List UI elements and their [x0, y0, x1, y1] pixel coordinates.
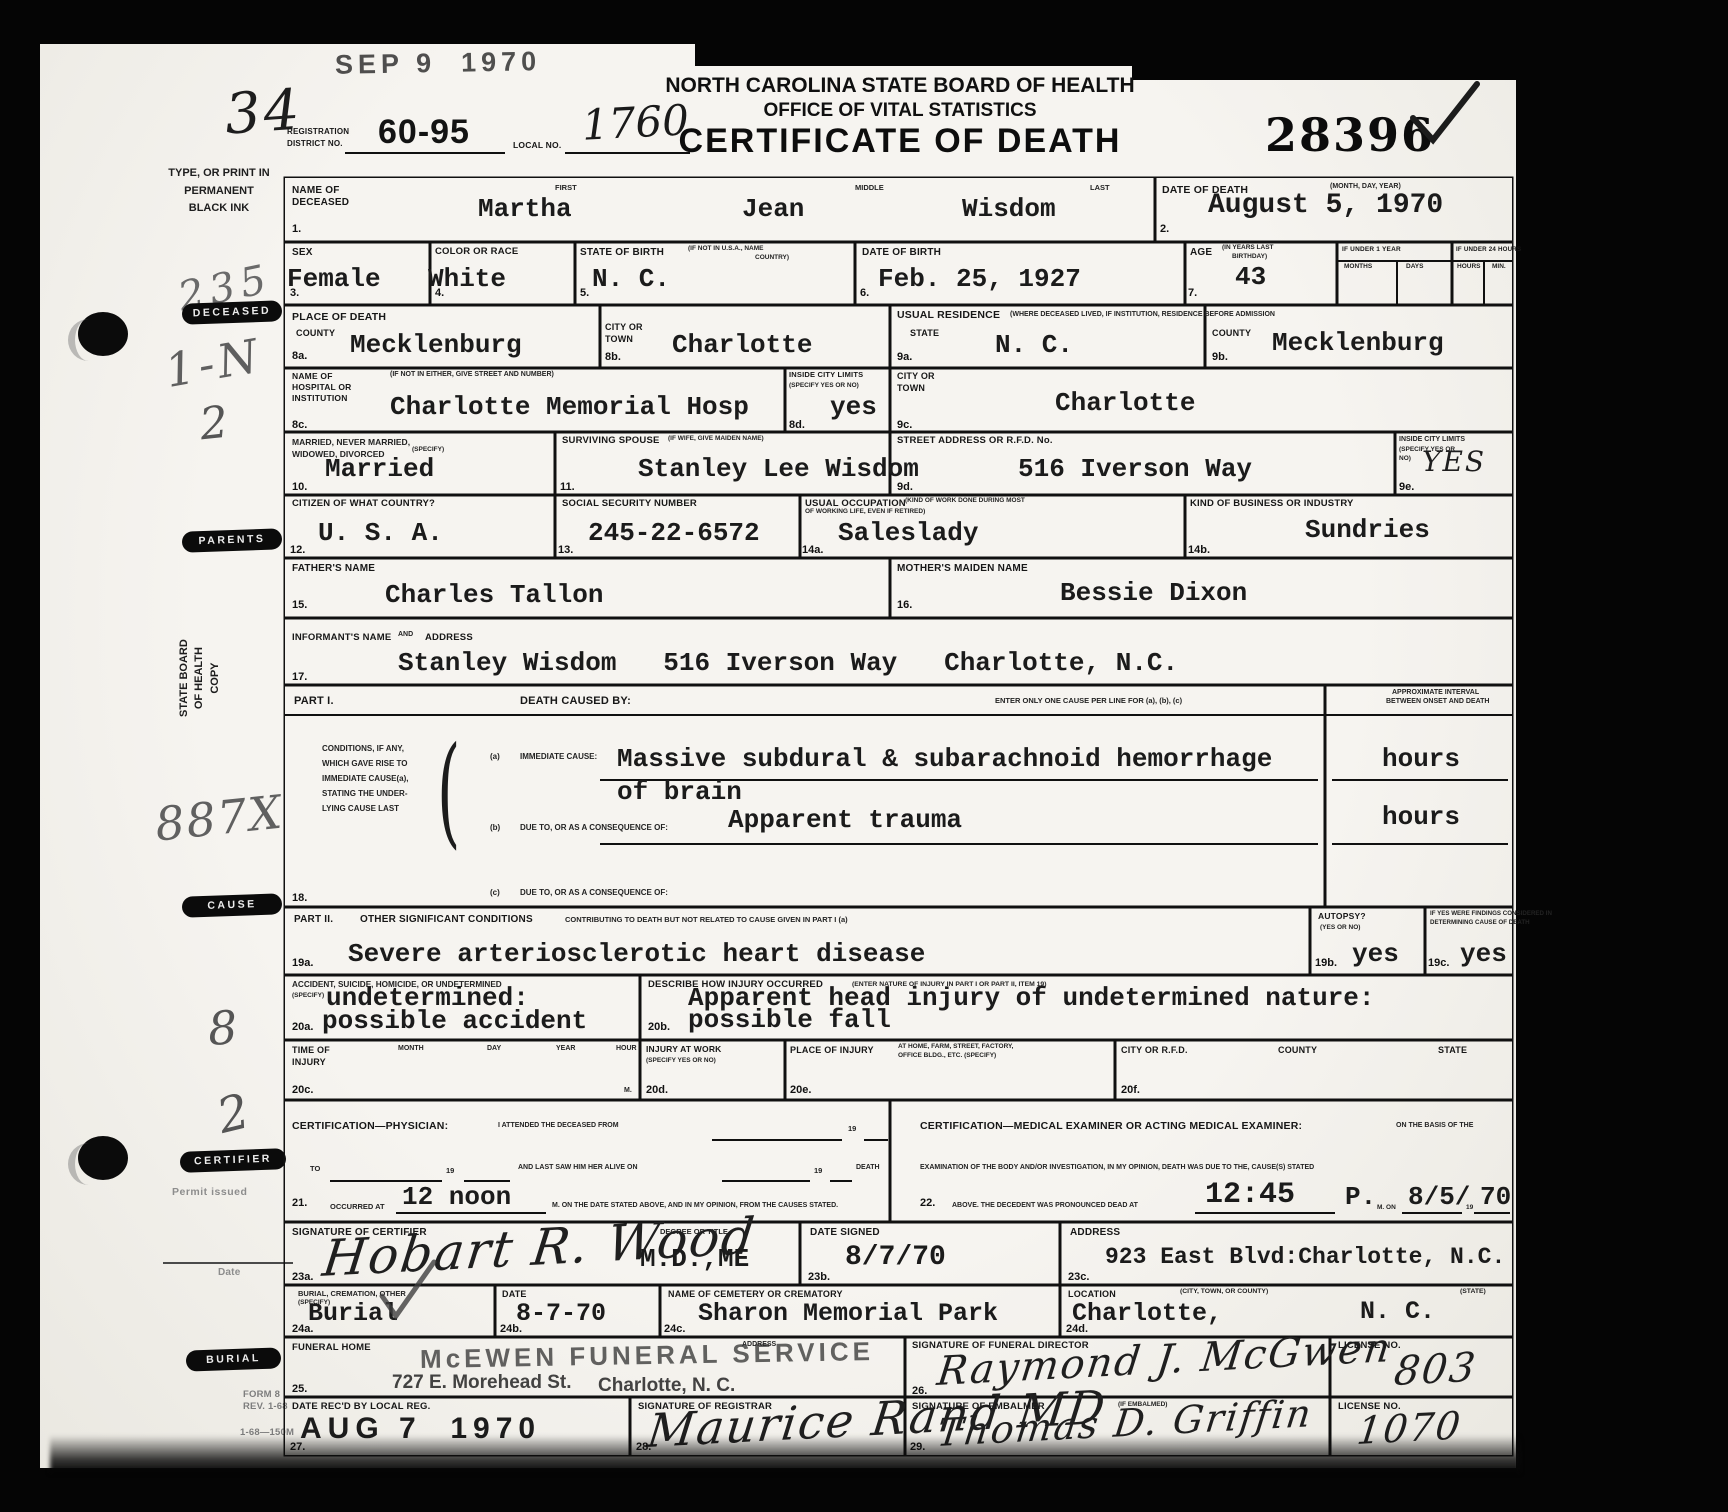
form-number: FORM 8	[243, 1390, 280, 1401]
cert-physician-text1: I ATTENDED THE DECEASED FROM	[498, 1122, 619, 1131]
hospital-label3: INSTITUTION	[292, 394, 348, 404]
pronounced-date-value: 8/5/	[1408, 1184, 1470, 1210]
burial-location-label: LOCATION	[1068, 1289, 1116, 1299]
section-tab-certifier: CERTIFIER	[180, 1148, 287, 1173]
pronounced-time-value: 12:45	[1205, 1180, 1295, 1210]
burial-city-value: Charlotte,	[1072, 1301, 1222, 1326]
injury-desc-value2: possible fall	[688, 1007, 891, 1033]
hole-punch-top	[78, 312, 128, 356]
usual-residence-label: USUAL RESIDENCE	[897, 309, 1000, 321]
funeral-home-stamp-street: 727 E. Morehead St.	[392, 1372, 572, 1394]
interval-line-b	[1332, 843, 1508, 845]
item-20b: 20b.	[648, 1022, 670, 1033]
accident-sublabel: (SPECIFY)	[292, 992, 324, 1000]
informant-label: INFORMANT'S NAME	[292, 633, 391, 644]
hole-punch-bottom	[78, 1136, 128, 1180]
residence-state-label: STATE	[910, 328, 939, 338]
occurred-at-label: OCCURRED AT	[330, 1202, 385, 1211]
form-revision: REV. 1-68	[243, 1402, 288, 1413]
item-9c: 9c.	[897, 420, 912, 431]
burial-state-sublabel: (STATE)	[1460, 1288, 1486, 1296]
item-16: 16.	[897, 600, 912, 611]
cert-me-text1: ON THE BASIS OF THE	[1396, 1122, 1473, 1131]
race-label: COLOR OR RACE	[435, 247, 518, 258]
interval-label1: APPROXIMATE INTERVAL	[1392, 689, 1479, 698]
findings-value: yes	[1460, 941, 1507, 967]
blank-line	[345, 152, 505, 154]
item-1: 1.	[292, 224, 301, 235]
sex-value: Female	[287, 266, 381, 292]
due-to-b-value: Apparent trauma	[728, 807, 962, 833]
item-8b: 8b.	[605, 352, 621, 363]
due-to-b-label: DUE TO, OR AS A CONSEQUENCE OF:	[520, 823, 668, 833]
cert-physician-label: CERTIFICATION—PHYSICIAN:	[292, 1120, 448, 1132]
item-9d: 9d.	[897, 482, 913, 493]
date-of-death-value: August 5, 1970	[1208, 192, 1443, 220]
autopsy-label: AUTOPSY?	[1318, 912, 1366, 922]
blank-line	[830, 1180, 852, 1182]
form-cell	[285, 1040, 640, 1100]
item-9b: 9b.	[1212, 352, 1228, 363]
page-title: CERTIFICATE OF DEATH	[600, 122, 1200, 161]
residence-city-value: Charlotte	[1055, 390, 1195, 416]
item-23b: 23b.	[808, 1272, 830, 1283]
min-label: MIN.	[1492, 263, 1506, 271]
industry-value: Sundries	[1305, 517, 1430, 543]
section-tab-parents: PARENTS	[182, 528, 283, 552]
occupation-sub1: (KIND OF WORK DONE DURING MOST	[905, 497, 1025, 505]
date-blank-line	[163, 1262, 293, 1264]
race-value: White	[428, 266, 506, 292]
name-of-deceased-label1: NAME OF	[292, 185, 340, 197]
immediate-cause-value1: Massive subdural & subarachnoid hemorrha…	[617, 746, 1272, 772]
month-label: MONTH	[398, 1045, 424, 1054]
registration-label-line1: REGISTRATION	[287, 127, 349, 136]
first-name-value: Martha	[478, 196, 572, 222]
scanned-death-certificate: SEP 9 1970 34 REGISTRATION DISTRICT NO. …	[0, 0, 1728, 1512]
day-label: DAY	[487, 1045, 501, 1054]
section-tab-deceased: DECEASED	[182, 300, 283, 324]
header-rule	[285, 714, 1512, 716]
sex-label: SEX	[292, 247, 313, 259]
hospital-label2: HOSPITAL OR	[292, 383, 352, 393]
certifier-address-label: ADDRESS	[1070, 1227, 1120, 1239]
date-signed-label: DATE SIGNED	[810, 1227, 880, 1239]
burial-date-label: DATE	[502, 1289, 527, 1299]
print-instruction: TYPE, OR PRINT IN PERMANENT BLACK INK	[155, 165, 283, 218]
section-tab-cause: CAUSE	[182, 893, 283, 917]
item-13: 13.	[558, 545, 573, 556]
degree-title-value: M.D.,ME	[640, 1246, 749, 1272]
cert-19-b: 19	[446, 1166, 454, 1175]
residence-state-value: N. C.	[995, 332, 1073, 358]
item-11: 11.	[560, 482, 575, 493]
margin-mark-887x: 887X	[153, 788, 286, 847]
part1-note: ENTER ONLY ONE CAUSE PER LINE FOR (a), (…	[995, 696, 1182, 705]
scan-shadow	[50, 1435, 1520, 1473]
citizen-label: CITIZEN OF WHAT COUNTRY?	[292, 499, 435, 510]
blank-line	[1195, 1212, 1335, 1214]
cause-c-prefix: (c)	[490, 888, 500, 898]
burial-location-sublabel: (CITY, TOWN, OR COUNTY)	[1180, 1288, 1268, 1296]
residence-inside-city-sub2: NO)	[1399, 455, 1411, 463]
ssn-value: 245-22-6572	[588, 520, 760, 546]
date-word-label: Date	[218, 1267, 240, 1279]
interval-b-value: hours	[1382, 804, 1460, 830]
item-9e: 9e.	[1399, 482, 1414, 493]
item-8c: 8c.	[292, 420, 307, 431]
item-5: 5.	[580, 288, 589, 299]
item-10: 10.	[292, 482, 307, 493]
pronounced-year-value: 70	[1480, 1184, 1511, 1210]
autopsy-value: yes	[1352, 941, 1399, 967]
date-of-birth-label: DATE OF BIRTH	[862, 247, 941, 259]
age-sub2: BIRTHDAY)	[1232, 253, 1267, 261]
item-25: 25.	[292, 1384, 307, 1395]
immediate-cause-value2: of brain	[617, 779, 742, 805]
copy-line1: STATE BOARD	[177, 613, 192, 743]
grid-line	[1337, 260, 1512, 262]
item-22: 22.	[920, 1198, 935, 1209]
residence-city-label2: TOWN	[897, 383, 925, 393]
death-inside-city-sublabel: (SPECIFY YES OR NO)	[789, 382, 859, 390]
item-17: 17.	[292, 672, 307, 683]
hours-label: HOURS	[1457, 263, 1480, 271]
cert-me-text2: EXAMINATION OF THE BODY AND/OR INVESTIGA…	[920, 1164, 1314, 1173]
months-label: MONTHS	[1344, 263, 1372, 271]
item-20a: 20a.	[292, 1022, 313, 1033]
name-of-deceased-label2: DECEASED	[292, 197, 349, 209]
marital-value: Married	[325, 456, 434, 482]
immediate-cause-label: IMMEDIATE CAUSE:	[520, 752, 597, 762]
middle-name-label: MIDDLE	[855, 183, 884, 192]
father-name-label: FATHER'S NAME	[292, 563, 375, 575]
place-of-injury-sub2: OFFICE BLDG., ETC. (SPECIFY)	[898, 1052, 996, 1060]
occupation-sub2: OF WORKING LIFE, EVEN IF RETIRED)	[805, 508, 925, 516]
residence-inside-city-value: YES	[1422, 448, 1486, 476]
cert-death-word: DEATH	[856, 1164, 880, 1173]
org-name-line1: NORTH CAROLINA STATE BOARD OF HEALTH	[610, 74, 1190, 98]
item-20d: 20d.	[646, 1085, 668, 1096]
occurred-at-value: 12 noon	[402, 1184, 511, 1210]
checkmark-icon	[1405, 78, 1483, 150]
residence-inside-city-label: INSIDE CITY LIMITS	[1399, 436, 1465, 445]
part2-note: CONTRIBUTING TO DEATH BUT NOT RELATED TO…	[565, 915, 848, 924]
death-inside-city-value: yes	[830, 394, 877, 420]
cause-b-prefix: (b)	[490, 823, 500, 833]
interval-line-a	[1332, 779, 1508, 781]
county-of-death-label: COUNTY	[296, 328, 335, 338]
informant-and: AND	[398, 631, 413, 640]
funeral-home-stamp-city: Charlotte, N. C.	[598, 1375, 735, 1397]
item-20c: 20c.	[292, 1085, 313, 1096]
occupation-value: Saleslady	[838, 520, 978, 546]
conditions-note3: IMMEDIATE CAUSE(a),	[322, 774, 409, 784]
print-instruction-line3: BLACK INK	[155, 200, 283, 218]
street-address-label: STREET ADDRESS OR R.F.D. No.	[897, 436, 1053, 447]
blank-line	[712, 1139, 842, 1141]
hospital-sublabel: (IF NOT IN EITHER, GIVE STREET AND NUMBE…	[390, 371, 554, 380]
due-to-c-label: DUE TO, OR AS A CONSEQUENCE OF:	[520, 888, 668, 898]
residence-county-label: COUNTY	[1212, 328, 1251, 338]
grid-line	[1483, 260, 1485, 305]
burial-date-value: 8-7-70	[516, 1301, 606, 1326]
brace-glyph: (	[437, 722, 460, 861]
hospital-value: Charlotte Memorial Hosp	[390, 394, 749, 420]
citizen-value: U. S. A.	[318, 520, 443, 546]
other-conditions-label: OTHER SIGNIFICANT CONDITIONS	[360, 914, 533, 926]
spouse-value: Stanley Lee Wisdom	[638, 456, 919, 482]
blank-line	[396, 1212, 546, 1214]
mother-name-label: MOTHER'S MAIDEN NAME	[897, 563, 1028, 575]
item-23c: 23c.	[1068, 1272, 1089, 1283]
age-label: AGE	[1190, 247, 1212, 259]
cert-19-label: 19	[1466, 1204, 1473, 1212]
section-tab-burial: BURIAL	[186, 1347, 282, 1371]
days-label: DAYS	[1406, 263, 1423, 271]
city-of-death-label2: TOWN	[605, 334, 633, 344]
under-24-hours-label: IF UNDER 24 HOURS	[1456, 246, 1521, 253]
residence-city-label1: CITY OR	[897, 371, 935, 381]
under-1-year-label: IF UNDER 1 YEAR	[1342, 246, 1401, 253]
death-inside-city-label: INSIDE CITY LIMITS	[789, 371, 863, 380]
conditions-note1: CONDITIONS, IF ANY,	[322, 744, 404, 754]
blank-line	[1474, 1212, 1510, 1214]
time-of-injury-label2: INJURY	[292, 1057, 326, 1067]
year-label: YEAR	[556, 1045, 575, 1054]
father-name-value: Charles Tallon	[385, 582, 603, 608]
m-on-label: M. ON	[1377, 1204, 1396, 1212]
director-license-value: 803	[1392, 1347, 1479, 1392]
place-of-injury-sub1: AT HOME, FARM, STREET, FACTORY,	[898, 1043, 1013, 1051]
cert-physician-text3: AND LAST SAW HIM HER ALIVE ON	[518, 1164, 638, 1173]
print-instruction-line2: PERMANENT	[155, 183, 283, 201]
burial-state-value: N. C.	[1360, 1299, 1435, 1324]
certifier-address-value: 923 East Blvd:Charlotte, N.C.	[1105, 1246, 1505, 1269]
injury-city-label: CITY OR R.F.D.	[1121, 1045, 1188, 1055]
last-name-value: Wisdom	[962, 196, 1056, 222]
item-14b: 14b.	[1188, 545, 1210, 556]
blank-line	[722, 1180, 810, 1182]
item-14a: 14a.	[802, 545, 823, 556]
cert-19-a: 19	[848, 1124, 856, 1133]
ssn-label: SOCIAL SECURITY NUMBER	[562, 499, 697, 510]
cemetery-label: NAME OF CEMETERY OR CREMATORY	[668, 1289, 843, 1299]
print-instruction-line1: TYPE, OR PRINT IN	[155, 165, 283, 183]
city-of-death-value: Charlotte	[672, 332, 812, 358]
interval-a-value: hours	[1382, 746, 1460, 772]
form-cell	[1325, 685, 1512, 907]
place-of-injury-label: PLACE OF INJURY	[790, 1045, 874, 1055]
usual-residence-sublabel: (WHERE DECEASED LIVED, IF INSTITUTION, R…	[1010, 311, 1275, 320]
marital-label1: MARRIED, NEVER MARRIED,	[292, 437, 410, 448]
injury-state-label: STATE	[1438, 1045, 1467, 1055]
time-of-injury-label1: TIME OF	[292, 1045, 330, 1055]
date-signed-value: 8/7/70	[845, 1244, 946, 1272]
cause-a-prefix: (a)	[490, 752, 500, 762]
injury-at-work-sublabel: (SPECIFY YES OR NO)	[646, 1057, 716, 1065]
place-of-death-label: PLACE OF DEATH	[292, 311, 386, 323]
part2-label: PART II.	[294, 914, 333, 926]
cert-physician-to: TO	[310, 1164, 320, 1173]
state-of-birth-label: STATE OF BIRTH	[580, 247, 664, 259]
item-19c: 19c.	[1428, 958, 1449, 969]
director-license-label: LICENSE NO.	[1338, 1341, 1401, 1352]
degree-title-label: DEGREE OR TITLE	[660, 1227, 728, 1236]
item-21: 21.	[292, 1198, 307, 1209]
copy-line2: OF HEALTH	[192, 613, 207, 743]
other-conditions-value: Severe arteriosclerotic heart disease	[348, 941, 925, 967]
registration-district-number: 60-95	[378, 113, 470, 152]
copy-line3: COPY	[208, 613, 223, 743]
hour-label: HOUR	[616, 1045, 637, 1054]
blank-line	[1402, 1212, 1462, 1214]
first-name-label: FIRST	[555, 183, 577, 192]
findings-label1: IF YES WERE FINDINGS CONSIDERED IN	[1430, 910, 1552, 918]
middle-name-value: Jean	[742, 196, 804, 222]
redaction-bar-top-right	[1132, 26, 1516, 80]
residence-county-value: Mecklenburg	[1272, 330, 1444, 356]
permit-issued-label: Permit issued	[172, 1186, 247, 1198]
copy-designation: STATE BOARD OF HEALTH COPY	[177, 613, 223, 743]
item-8a: 8a.	[292, 351, 307, 362]
registration-label-line2: DISTRICT NO.	[287, 139, 343, 148]
item-19b: 19b.	[1315, 958, 1337, 969]
conditions-note4: STATING THE UNDER-	[322, 789, 407, 799]
item-20f: 20f.	[1121, 1085, 1140, 1096]
injury-at-work-label: INJURY AT WORK	[646, 1045, 722, 1055]
industry-label: KIND OF BUSINESS OR INDUSTRY	[1190, 499, 1354, 510]
item-23a: 23a.	[292, 1272, 313, 1283]
item-9a: 9a.	[897, 352, 912, 363]
conditions-note2: WHICH GAVE RISE TO	[322, 759, 408, 769]
burial-check-mark	[372, 1258, 442, 1324]
cert-me-label: CERTIFICATION—MEDICAL EXAMINER OR ACTING…	[920, 1120, 1302, 1132]
meridiem-label: M.	[624, 1087, 632, 1096]
accident-value2: possible accident	[322, 1008, 587, 1034]
state-of-birth-sub2: COUNTRY)	[755, 254, 789, 262]
item-2: 2.	[1160, 224, 1169, 235]
interval-label2: BETWEEN ONSET AND DEATH	[1386, 698, 1489, 707]
injury-county-label: COUNTY	[1278, 1045, 1317, 1055]
part1-label: PART I.	[294, 695, 334, 708]
margin-mark-2: 2	[198, 401, 230, 448]
autopsy-sublabel: (YES OR NO)	[1320, 924, 1360, 932]
pronounced-dead-label: ABOVE. THE DECEDENT WAS PRONOUNCED DEAD …	[952, 1202, 1138, 1211]
pm-value: P.	[1345, 1184, 1376, 1210]
local-no-label: LOCAL NO.	[513, 141, 561, 151]
mother-name-value: Bessie Dixon	[1060, 580, 1247, 606]
item-15: 15.	[292, 600, 307, 611]
last-name-label: LAST	[1090, 183, 1110, 192]
state-of-birth-value: N. C.	[592, 266, 670, 292]
item-7: 7.	[1188, 288, 1197, 299]
margin-mark-8: 8	[206, 1004, 238, 1052]
item-8d: 8d.	[789, 420, 805, 431]
funeral-home-label: FUNERAL HOME	[292, 1343, 371, 1354]
marital-sublabel: (SPECIFY)	[412, 446, 444, 454]
street-address-value: 516 Iverson Way	[1018, 456, 1252, 482]
item-19a: 19a.	[292, 958, 313, 969]
item-18: 18.	[292, 893, 307, 904]
item-24c: 24c.	[664, 1324, 685, 1335]
item-20e: 20e.	[790, 1085, 811, 1096]
cemetery-value: Sharon Memorial Park	[698, 1301, 998, 1326]
org-name-line2: OFFICE OF VITAL STATISTICS	[610, 100, 1190, 122]
spouse-sublabel: (IF WIFE, GIVE MAIDEN NAME)	[668, 435, 764, 443]
informant-address-label: ADDRESS	[425, 633, 473, 644]
age-sub1: (IN YEARS LAST	[1222, 244, 1274, 252]
received-date-stamp: SEP 9 1970	[335, 48, 542, 79]
state-of-birth-sub1: (IF NOT IN U.S.A., NAME	[688, 245, 763, 253]
blank-line	[864, 1139, 888, 1141]
form-cell	[890, 368, 1512, 432]
cause-line-b	[600, 843, 1318, 845]
spouse-label: SURVIVING SPOUSE	[562, 436, 660, 447]
item-12: 12.	[290, 545, 305, 556]
date-of-birth-value: Feb. 25, 1927	[878, 266, 1081, 292]
hospital-label1: NAME OF	[292, 372, 333, 382]
county-of-death-value: Mecklenburg	[350, 332, 522, 358]
redaction-bar-top-center	[695, 38, 1160, 66]
age-value: 43	[1235, 264, 1266, 290]
item-6: 6.	[860, 288, 869, 299]
informant-value: Stanley Wisdom 516 Iverson Way Charlotte…	[398, 650, 1178, 676]
conditions-note5: LYING CAUSE LAST	[322, 804, 399, 814]
city-of-death-label1: CITY OR	[605, 322, 643, 332]
cert-19-c: 19	[814, 1166, 822, 1175]
death-caused-by-label: DEATH CAUSED BY:	[520, 695, 631, 708]
findings-label2: DETERMINING CAUSE OF DEATH	[1430, 919, 1530, 927]
grid-line	[1396, 260, 1398, 305]
